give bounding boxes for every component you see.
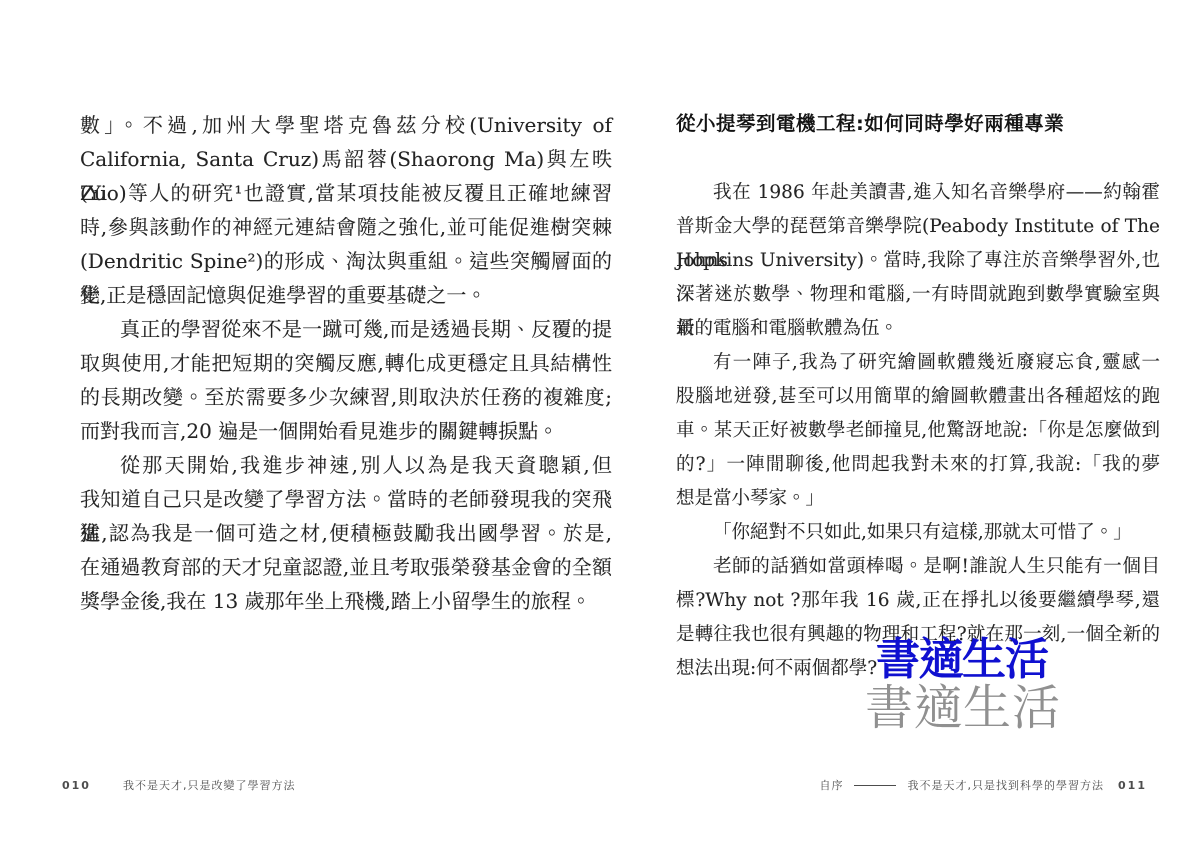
text-line: California, Santa Cruz)馬韶蓉(Shaorong Ma)與… bbox=[80, 142, 612, 176]
text-line: 時,參與該動作的神經元連結會隨之強化,並可能促進樹突棘 bbox=[80, 210, 612, 244]
text-line: 深著迷於數學、物理和電腦,一有時間就跑到數學實驗室與最 bbox=[676, 278, 1160, 312]
text-line: 標?Why not ?那年我 16 歲,正在掙扎以後要繼續學琴,還 bbox=[676, 584, 1160, 618]
left-page-footer: 010 我不是天才,只是改變了學習方法 bbox=[62, 778, 295, 793]
running-head-book-title: 我不是天才,只是找到科學的學習方法 bbox=[908, 778, 1105, 793]
text-line: 想是當小琴家。」 bbox=[676, 482, 1160, 516]
text-line: 老師的話猶如當頭棒喝。是啊!誰說人生只能有一個目 bbox=[676, 550, 1160, 584]
running-head-section: 自序 bbox=[820, 778, 844, 793]
text-line: 而對我而言,20 遍是一個開始看見進步的關鍵轉捩點。 bbox=[80, 414, 612, 448]
text-line: Zuo)等人的研究¹也證實,當某項技能被反覆且正確地練習 bbox=[80, 176, 612, 210]
text-line: 的?」一陣閒聊後,他問起我對未來的打算,我說:「我的夢 bbox=[676, 448, 1160, 482]
left-page-text: 數」。不過,加州大學聖塔克魯茲分校(University of Californ… bbox=[80, 108, 612, 618]
text-line: 獎學金後,我在 13 歲那年坐上飛機,踏上小留學生的旅程。 bbox=[80, 584, 612, 618]
text-line: 數」。不過,加州大學聖塔克魯茲分校(University of bbox=[80, 108, 612, 142]
page-number: 011 bbox=[1118, 778, 1147, 793]
text-line: 取與使用,才能把短期的突觸反應,轉化成更穩定且具結構性 bbox=[80, 346, 612, 380]
running-head-book-title: 我不是天才,只是改變了學習方法 bbox=[123, 778, 296, 793]
book-spread: 數」。不過,加州大學聖塔克魯茲分校(University of Californ… bbox=[0, 0, 1200, 851]
text-line: 普斯金大學的琵琶第音樂學院(Peabody Institute of The J… bbox=[676, 210, 1160, 244]
text-line: 新的電腦和電腦軟體為伍。 bbox=[676, 312, 1160, 346]
text-line: 「你絕對不只如此,如果只有這樣,那就太可惜了。」 bbox=[676, 516, 1160, 550]
text-line: 進,認為我是一個可造之材,便積極鼓勵我出國學習。於是, bbox=[80, 516, 612, 550]
text-line: 在通過教育部的天才兒童認證,並且考取張榮發基金會的全額 bbox=[80, 550, 612, 584]
text-line: 我在 1986 年赴美讀書,進入知名音樂學府——約翰霍 bbox=[676, 176, 1160, 210]
text-line: (Dendritic Spine²)的形成、淘汰與重組。這些突觸層面的變 bbox=[80, 244, 612, 278]
watermark-blue: 書適生活 bbox=[876, 638, 1048, 682]
text-line: 有一陣子,我為了研究繪圖軟體幾近廢寢忘食,靈感一 bbox=[676, 346, 1160, 380]
text-line: Hopkins University)。當時,我除了專注於音樂學習外,也深 bbox=[676, 244, 1160, 278]
watermark-gray: 書適生活 bbox=[865, 684, 1061, 732]
text-line: 股腦地迸發,甚至可以用簡單的繪圖軟體畫出各種超炫的跑 bbox=[676, 380, 1160, 414]
footer-dash-icon bbox=[854, 785, 896, 786]
text-line: 車。某天正好被數學老師撞見,他驚訝地說:「你是怎麼做到 bbox=[676, 414, 1160, 448]
text-line: 從那天開始,我進步神速,別人以為是我天資聰穎,但 bbox=[80, 448, 612, 482]
right-page-footer: 自序 我不是天才,只是找到科學的學習方法 011 bbox=[820, 778, 1147, 793]
page-number: 010 bbox=[62, 778, 91, 793]
text-line: 我知道自己只是改變了學習方法。當時的老師發現我的突飛猛 bbox=[80, 482, 612, 516]
right-page-text: 我在 1986 年赴美讀書,進入知名音樂學府——約翰霍 普斯金大學的琵琶第音樂學… bbox=[676, 176, 1160, 686]
text-line: 化,正是穩固記憶與促進學習的重要基礎之一。 bbox=[80, 278, 612, 312]
text-line: 的長期改變。至於需要多少次練習,則取決於任務的複雜度; bbox=[80, 380, 612, 414]
text-line: 真正的學習從來不是一蹴可幾,而是透過長期、反覆的提 bbox=[80, 312, 612, 346]
section-heading: 從小提琴到電機工程:如何同時學好兩種專業 bbox=[676, 110, 1160, 137]
